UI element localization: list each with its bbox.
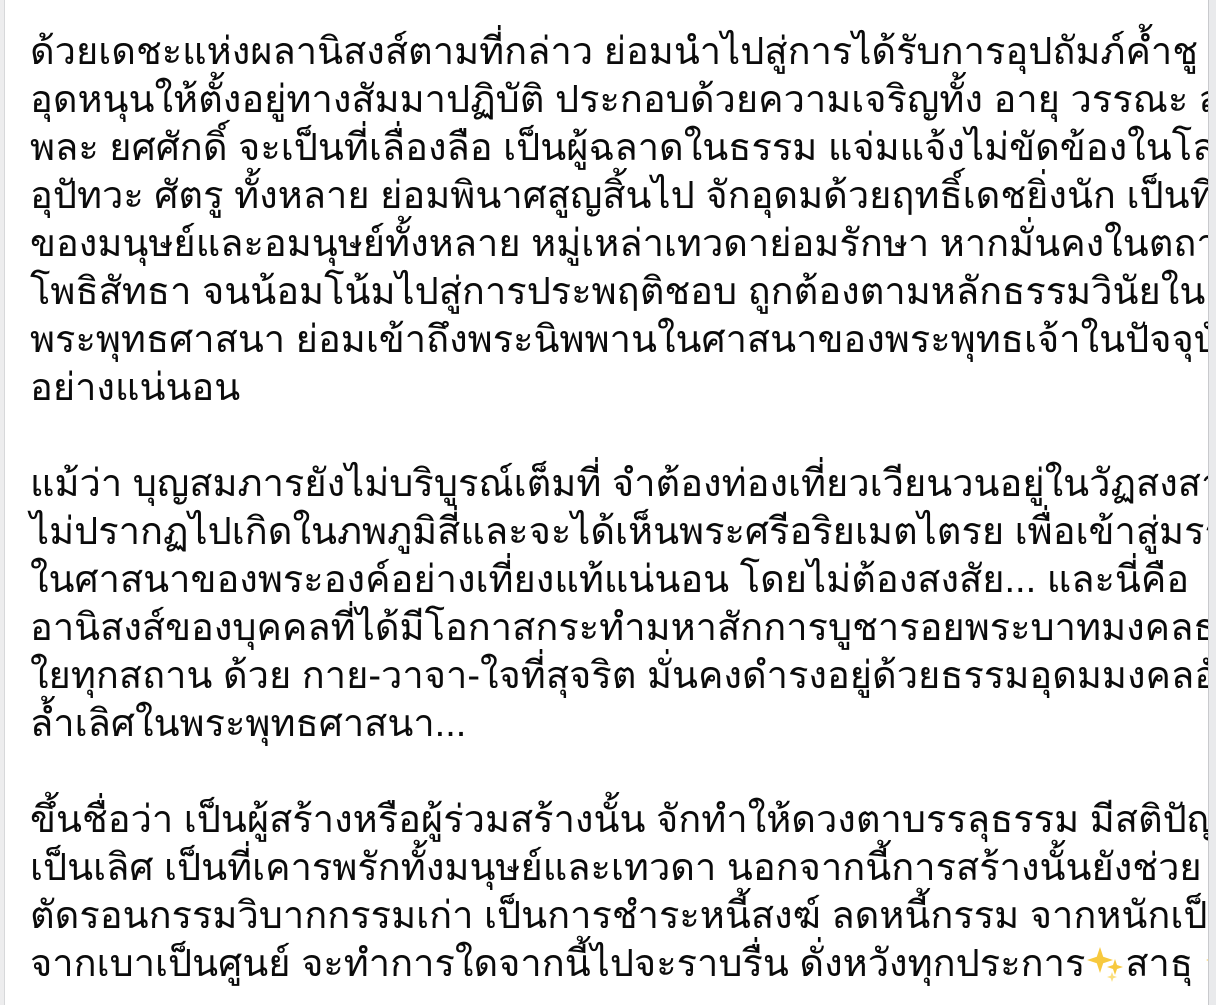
- text-line: จากเบาเป็นศูนย์ จะทำการใดจากนี้ไปจะราบรื…: [30, 940, 1198, 988]
- document-body: ด้วยเดชะแห่งผลานิสงส์ตามที่กล่าว ย่อมนำไ…: [5, 0, 1208, 1005]
- text-line: อย่างแน่นอน: [30, 364, 1198, 412]
- text-line: ตัดรอนกรรมวิบากกรรมเก่า เป็นการชำระหนี้ส…: [30, 892, 1198, 940]
- text-line: ขึ้นชื่อว่า เป็นผู้สร้างหรือผู้ร่วมสร้าง…: [30, 796, 1198, 844]
- text-line: อุดหนุนให้ตั้งอยู่ทางสัมมาปฏิบัติ ประกอบ…: [30, 76, 1198, 124]
- text-line: พละ ยศศักดิ์ จะเป็นที่เลื่องลือ เป็นผู้ฉ…: [30, 124, 1198, 172]
- text-line: ใยทุกสถาน ด้วย กาย-วาจา-ใจที่สุจริต มั่น…: [30, 652, 1198, 700]
- text-line: แม้ว่า บุญสมภารยังไม่บริบูรณ์เต็มที่ จำต…: [30, 460, 1198, 508]
- sparkles-icon: [1085, 943, 1125, 983]
- text-line: พระพุทธศาสนา ย่อมเข้าถึงพระนิพพานในศาสนา…: [30, 316, 1198, 364]
- paragraph: ขึ้นชื่อว่า เป็นผู้สร้างหรือผู้ร่วมสร้าง…: [30, 796, 1198, 988]
- text-line: ไม่ปรากฏไปเกิดในภพภูมิสี่และจะได้เห็นพระ…: [30, 508, 1198, 556]
- document-page: ด้วยเดชะแห่งผลานิสงส์ตามที่กล่าว ย่อมนำไ…: [0, 0, 1216, 1005]
- text-line: เป็นเลิศ เป็นที่เคารพรักทั้งมนุษย์และเทว…: [30, 844, 1198, 892]
- paragraph: ด้วยเดชะแห่งผลานิสงส์ตามที่กล่าว ย่อมนำไ…: [30, 28, 1198, 412]
- right-edge-strip: [1208, 0, 1216, 1005]
- text-line: ของมนุษย์และอมนุษย์ทั้งหลาย หมู่เหล่าเทว…: [30, 220, 1198, 268]
- paragraph: แม้ว่า บุญสมภารยังไม่บริบูรณ์เต็มที่ จำต…: [30, 460, 1198, 748]
- text-line: ด้วยเดชะแห่งผลานิสงส์ตามที่กล่าว ย่อมนำไ…: [30, 28, 1198, 76]
- text-line: อุปัทวะ ศัตรู ทั้งหลาย ย่อมพินาศสูญสิ้นไ…: [30, 172, 1198, 220]
- text-line: อานิสงส์ของบุคคลที่ได้มีโอกาสกระทำมหาสัก…: [30, 604, 1198, 652]
- text-line: ล้ำเลิศในพระพุทธศาสนา...: [30, 700, 1198, 748]
- text-line: ในศาสนาของพระองค์อย่างเที่ยงแท้แน่นอน โด…: [30, 556, 1198, 604]
- text-line: โพธิสัทธา จนน้อมโน้มไปสู่การประพฤติชอบ ถ…: [30, 268, 1198, 316]
